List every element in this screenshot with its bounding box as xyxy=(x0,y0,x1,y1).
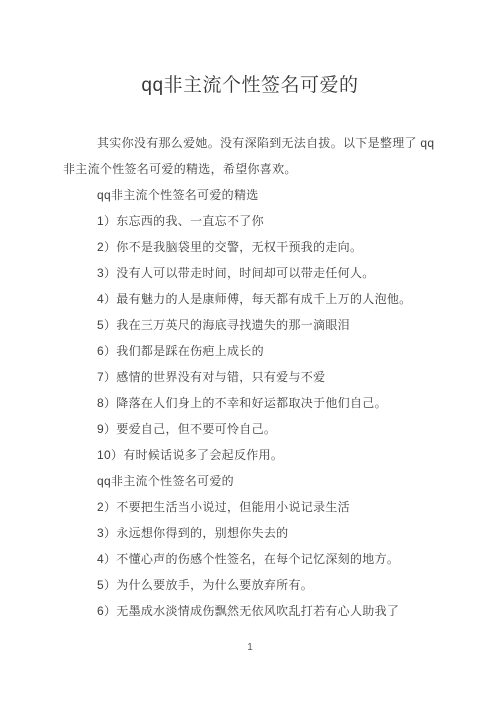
signature-line: 8）降落在人们身上的不幸和好运都取决于他们自己。 xyxy=(63,390,438,416)
signature-line: 6）无墨成水淡情成伤飘然无依风吹乱打若有心人助我了 xyxy=(63,598,438,624)
document-page: qq非主流个性签名可爱的 其实你没有那么爱她。没有深陷到无法自拔。以下是整理了 … xyxy=(0,0,500,708)
page-title: qq非主流个性签名可爱的 xyxy=(0,70,500,97)
signature-line: 7）感情的世界没有对与错，只有爱与不爱 xyxy=(63,364,438,390)
signature-line: 4）最有魅力的人是康师傅，每天都有成千上万的人泡他。 xyxy=(63,286,438,312)
signature-line: 5）为什么要放手，为什么要放弃所有。 xyxy=(63,572,438,598)
section-heading: qq非主流个性签名可爱的 xyxy=(63,468,438,494)
signature-line: 1）东忘西的我、一直忘不了你 xyxy=(63,208,438,234)
section-heading: qq非主流个性签名可爱的精选 xyxy=(63,182,438,208)
signature-line: 5）我在三万英尺的海底寻找遗失的那一滴眼泪 xyxy=(63,312,438,338)
document-body: 其实你没有那么爱她。没有深陷到无法自拔。以下是整理了 qq 非主流个性签名可爱的… xyxy=(63,130,438,624)
signature-line: 3）没有人可以带走时间，时间却可以带走任何人。 xyxy=(63,260,438,286)
paragraph-line: 非主流个性签名可爱的精选，希望你喜欢。 xyxy=(63,156,438,182)
paragraph-line: 其实你没有那么爱她。没有深陷到无法自拔。以下是整理了 qq xyxy=(63,130,438,156)
signature-line: 2）你不是我脑袋里的交警，无权干预我的走向。 xyxy=(63,234,438,260)
signature-line: 6）我们都是踩在伤疤上成长的 xyxy=(63,338,438,364)
signature-line: 3）永远想你得到的，别想你失去的 xyxy=(63,520,438,546)
signature-line: 9）要爱自己，但不要可怜自己。 xyxy=(63,416,438,442)
signature-line: 2）不要把生活当小说过，但能用小说记录生活 xyxy=(63,494,438,520)
signature-line: 4）不懂心声的伤感个性签名，在每个记忆深刻的地方。 xyxy=(63,546,438,572)
signature-line: 10）有时候话说多了会起反作用。 xyxy=(63,442,438,468)
page-number: 1 xyxy=(0,641,500,655)
